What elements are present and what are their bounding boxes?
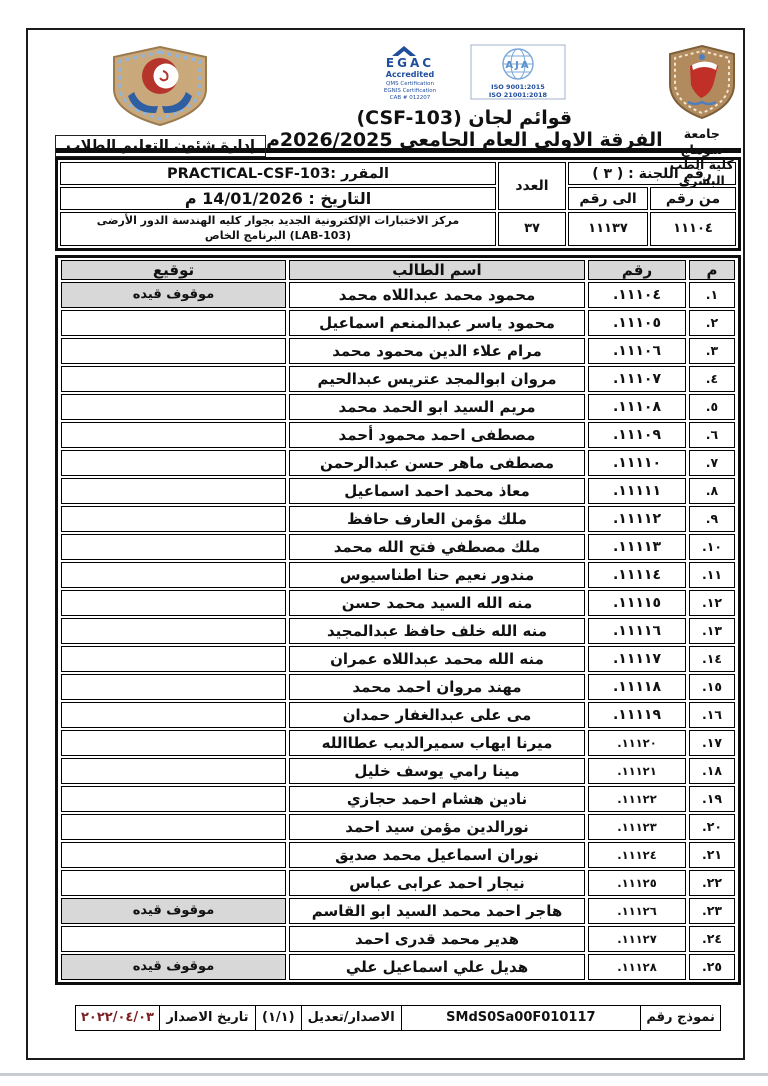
egac-line3-text: CAB # 012207 (390, 95, 431, 100)
student-row: ١٨. ١١١٢١. مينا رامي يوسف خليل (61, 758, 735, 784)
aja-line1-text: ISO 9001:2015 (491, 83, 545, 91)
serial-cell: ٢٤. (689, 926, 735, 952)
number-cell: ١١١١٦. (588, 618, 686, 644)
name-cell: ملك مصطفي فتح الله محمد (289, 534, 585, 560)
number-cell: ١١١١٢. (588, 506, 686, 532)
student-row: ١. ١١١٠٤. محمود محمد عبداللاه محمد موقوف… (61, 282, 735, 308)
signature-cell (61, 730, 286, 756)
serial-cell: ١٧. (689, 730, 735, 756)
count-label: العدد (498, 162, 566, 210)
student-row: ١٥. ١١١١٨. مهند مروان احمد محمد (61, 674, 735, 700)
name-cell: مروان ابوالمجد عتريس عبدالحيم (289, 366, 585, 392)
header-serial: م (689, 260, 735, 280)
number-cell: ١١١٠٦. (588, 338, 686, 364)
serial-cell: ٢٢. (689, 870, 735, 896)
issue-version-value: (١/١) (255, 1005, 301, 1030)
from-number-label: من رقم (650, 187, 736, 210)
signature-cell: موقوف قيده (61, 282, 286, 308)
number-cell: ١١١٢٢. (588, 786, 686, 812)
number-cell: ١١١٢٧. (588, 926, 686, 952)
university-name-line1: جامعة سوهاج (663, 126, 741, 157)
student-row: ١٣. ١١١١٦. منه الله خلف حافظ عبدالمجيد (61, 618, 735, 644)
signature-cell (61, 562, 286, 588)
name-cell: هدير محمد قدرى احمد (289, 926, 585, 952)
aja-iso-certification-icon: AJA ISO 9001:2015 ISO 21001:2018 (470, 44, 566, 104)
serial-cell: ٢. (689, 310, 735, 336)
number-cell: ١١١٢٠. (588, 730, 686, 756)
student-row: ٨. ١١١١١. معاذ محمد احمد اسماعيل (61, 478, 735, 504)
number-cell: ١١١٠٩. (588, 422, 686, 448)
name-cell: مندور نعيم حنا اطناسيوس (289, 562, 585, 588)
signature-cell (61, 366, 286, 392)
name-cell: نادين هشام احمد حجازي (289, 786, 585, 812)
signature-cell (61, 618, 286, 644)
issue-date-value: ٢٠٢٢/٠٤/٠٣ (76, 1005, 160, 1030)
serial-cell: ٥. (689, 394, 735, 420)
name-cell: مرام علاء الدين محمود محمد (289, 338, 585, 364)
number-cell: ١١١١٧. (588, 646, 686, 672)
page-bottom-scan-edge (0, 1073, 768, 1076)
student-row: ٤. ١١١٠٧. مروان ابوالمجد عتريس عبدالحيم (61, 366, 735, 392)
serial-cell: ٣. (689, 338, 735, 364)
name-cell: منه الله السيد محمد حسن (289, 590, 585, 616)
egac-accreditation-icon: EGAC Accredited QMS Certification EGNIS … (362, 44, 458, 104)
number-cell: ١١١١٤. (588, 562, 686, 588)
name-cell: منه الله محمد عبداللاه عمران (289, 646, 585, 672)
name-cell: معاذ محمد احمد اسماعيل (289, 478, 585, 504)
serial-cell: ١١. (689, 562, 735, 588)
signature-cell (61, 842, 286, 868)
serial-cell: ٢٠. (689, 814, 735, 840)
signature-cell (61, 870, 286, 896)
signature-cell (61, 450, 286, 476)
serial-cell: ٩. (689, 506, 735, 532)
header-number: رقم (588, 260, 686, 280)
number-cell: ١١١١٥. (588, 590, 686, 616)
svg-text:Accredited: Accredited (386, 70, 435, 79)
student-row: ٢٤. ١١١٢٧. هدير محمد قدرى احمد (61, 926, 735, 952)
serial-cell: ٢٥. (689, 954, 735, 980)
signature-cell (61, 534, 286, 560)
serial-cell: ٢٣. (689, 898, 735, 924)
to-number-value: ١١١٣٧ (568, 212, 648, 246)
serial-cell: ١٣. (689, 618, 735, 644)
student-row: ١٤. ١١١١٧. منه الله محمد عبداللاه عمران (61, 646, 735, 672)
students-header-row: م رقم اسم الطالب توقيع (61, 260, 735, 280)
signature-cell (61, 674, 286, 700)
document-header: جامعة سوهاج كلية الطب البشرى EGAC Accred… (55, 30, 741, 146)
number-cell: ١١١٢٥. (588, 870, 686, 896)
sohag-university-logo-icon (666, 44, 738, 124)
from-number-value: ١١١٠٤ (650, 212, 736, 246)
name-cell: نيجار احمد عرابى عباس (289, 870, 585, 896)
name-cell: ميرنا ايهاب سميرالديب عطاالله (289, 730, 585, 756)
student-row: ١٩. ١١١٢٢. نادين هشام احمد حجازي (61, 786, 735, 812)
number-cell: ١١١٢٨. (588, 954, 686, 980)
faculty-block: إدارة شئون التعليم الطلاب (55, 44, 266, 157)
name-cell: مريم السيد ابو الحمد محمد (289, 394, 585, 420)
student-row: ٩. ١١١١٢. ملك مؤمن العارف حافظ (61, 506, 735, 532)
signature-cell (61, 338, 286, 364)
student-row: ٢١. ١١١٢٤. نوران اسماعيل محمد صديق (61, 842, 735, 868)
student-row: ٢٥. ١١١٢٨. هديل علي اسماعيل علي موقوف قي… (61, 954, 735, 980)
student-row: ٦. ١١١٠٩. مصطفى احمد محمود أحمد (61, 422, 735, 448)
serial-cell: ٨. (689, 478, 735, 504)
student-row: ٣. ١١١٠٦. مرام علاء الدين محمود محمد (61, 338, 735, 364)
department-label-box: إدارة شئون التعليم الطلاب (55, 135, 266, 157)
name-cell: هديل علي اسماعيل علي (289, 954, 585, 980)
serial-cell: ١٥. (689, 674, 735, 700)
signature-cell (61, 310, 286, 336)
footer-row: نموذج رقم SMdS0Sa00F010117 الاصدار/تعديل… (76, 1005, 721, 1030)
number-cell: ١١١١٨. (588, 674, 686, 700)
exam-info-table: رقم اللجنة : ( ٣ ) العدد المقرر :PRACTIC… (55, 157, 741, 251)
name-cell: مصطفى ماهر حسن عبدالرحمن (289, 450, 585, 476)
serial-cell: ١٠. (689, 534, 735, 560)
svg-text:AJA: AJA (506, 60, 531, 71)
issue-edit-label: الاصدار/تعديل (301, 1005, 401, 1030)
serial-cell: ١٢. (689, 590, 735, 616)
number-cell: ١١١٠٥. (588, 310, 686, 336)
course-label: المقرر :PRACTICAL-CSF-103 (60, 162, 496, 185)
student-row: ٥. ١١١٠٨. مريم السيد ابو الحمد محمد (61, 394, 735, 420)
name-cell: محمود محمد عبداللاه محمد (289, 282, 585, 308)
number-cell: ١١١٠٤. (588, 282, 686, 308)
students-table: م رقم اسم الطالب توقيع ١. ١١١٠٤. محمود م… (55, 255, 741, 985)
aja-line2-text: ISO 21001:2018 (489, 91, 548, 99)
signature-cell (61, 926, 286, 952)
serial-cell: ١٦. (689, 702, 735, 728)
serial-cell: ٦. (689, 422, 735, 448)
document: جامعة سوهاج كلية الطب البشرى EGAC Accred… (55, 30, 741, 1031)
document-subtitle: الفرقة الاولى العام الجامعي 2026/2025م (266, 129, 663, 151)
student-row: ٢٢. ١١١٢٥. نيجار احمد عرابى عباس (61, 870, 735, 896)
name-cell: مهند مروان احمد محمد (289, 674, 585, 700)
serial-cell: ١. (689, 282, 735, 308)
signature-cell: موقوف قيده (61, 954, 286, 980)
student-row: ١٦. ١١١١٩. مى على عبدالغفار حمدان (61, 702, 735, 728)
exam-location: مركز الاختبارات الإلكترونية الجديد بجوار… (60, 212, 496, 246)
number-cell: ١١١١٣. (588, 534, 686, 560)
serial-cell: ٧. (689, 450, 735, 476)
serial-cell: ١٨. (689, 758, 735, 784)
serial-cell: ١٤. (689, 646, 735, 672)
signature-cell (61, 646, 286, 672)
to-number-label: الى رقم (568, 187, 648, 210)
number-cell: ١١١١٠. (588, 450, 686, 476)
student-row: ١٧. ١١١٢٠. ميرنا ايهاب سميرالديب عطاالله (61, 730, 735, 756)
document-title: قوائم لجان (CSF-103) (356, 107, 572, 129)
name-cell: منه الله خلف حافظ عبدالمجيد (289, 618, 585, 644)
number-cell: ١١١٢٤. (588, 842, 686, 868)
name-cell: نورالدين مؤمن سيد احمد (289, 814, 585, 840)
name-cell: محمود ياسر عبدالمنعم اسماعيل (289, 310, 585, 336)
name-cell: نوران اسماعيل محمد صديق (289, 842, 585, 868)
number-cell: ١١١٢٦. (588, 898, 686, 924)
number-cell: ١١١٢١. (588, 758, 686, 784)
egac-line2-text: EGNIS Certification (384, 88, 437, 94)
form-number-label: نموذج رقم (641, 1005, 721, 1030)
name-cell: مينا رامي يوسف خليل (289, 758, 585, 784)
student-row: ٢٠. ١١١٢٣. نورالدين مؤمن سيد احمد (61, 814, 735, 840)
signature-cell: موقوف قيده (61, 898, 286, 924)
name-cell: مصطفى احمد محمود أحمد (289, 422, 585, 448)
signature-cell (61, 702, 286, 728)
svg-text:EGAC: EGAC (386, 56, 434, 70)
number-cell: ١١١١٩. (588, 702, 686, 728)
faculty-of-medicine-logo-icon (108, 44, 212, 132)
signature-cell (61, 786, 286, 812)
student-row: ٢. ١١١٠٥. محمود ياسر عبدالمنعم اسماعيل (61, 310, 735, 336)
number-cell: ١١١١١. (588, 478, 686, 504)
header-signature: توقيع (61, 260, 286, 280)
header-student-name: اسم الطالب (289, 260, 585, 280)
serial-cell: ١٩. (689, 786, 735, 812)
student-row: ٧. ١١١١٠. مصطفى ماهر حسن عبدالرحمن (61, 450, 735, 476)
signature-cell (61, 394, 286, 420)
student-row: ١٢. ١١١١٥. منه الله السيد محمد حسن (61, 590, 735, 616)
form-footer-table: نموذج رقم SMdS0Sa00F010117 الاصدار/تعديل… (75, 1005, 721, 1031)
students-body: ١. ١١١٠٤. محمود محمد عبداللاه محمد موقوف… (61, 282, 735, 980)
student-row: ٢٣. ١١١٢٦. هاجر احمد محمد السيد ابو القا… (61, 898, 735, 924)
signature-cell (61, 506, 286, 532)
number-cell: ١١١٠٨. (588, 394, 686, 420)
number-cell: ١١١٠٧. (588, 366, 686, 392)
student-row: ١١. ١١١١٤. مندور نعيم حنا اطناسيوس (61, 562, 735, 588)
signature-cell (61, 590, 286, 616)
header-center-block: EGAC Accredited QMS Certification EGNIS … (266, 44, 663, 151)
serial-cell: ٤. (689, 366, 735, 392)
egac-line1-text: QMS Certification (386, 81, 434, 87)
signature-cell (61, 422, 286, 448)
name-cell: ملك مؤمن العارف حافظ (289, 506, 585, 532)
signature-cell (61, 758, 286, 784)
exam-date: التاريخ : 14/01/2026 م (60, 187, 496, 210)
student-row: ١٠. ١١١١٣. ملك مصطفي فتح الله محمد (61, 534, 735, 560)
form-serial-value: SMdS0Sa00F010117 (401, 1005, 641, 1030)
issue-date-label: تاريخ الاصدار (160, 1005, 256, 1030)
signature-cell (61, 478, 286, 504)
name-cell: مى على عبدالغفار حمدان (289, 702, 585, 728)
name-cell: هاجر احمد محمد السيد ابو القاسم (289, 898, 585, 924)
accreditation-logos: EGAC Accredited QMS Certification EGNIS … (362, 44, 566, 104)
serial-cell: ٢١. (689, 842, 735, 868)
count-value: ٣٧ (498, 212, 566, 246)
signature-cell (61, 814, 286, 840)
number-cell: ١١١٢٣. (588, 814, 686, 840)
